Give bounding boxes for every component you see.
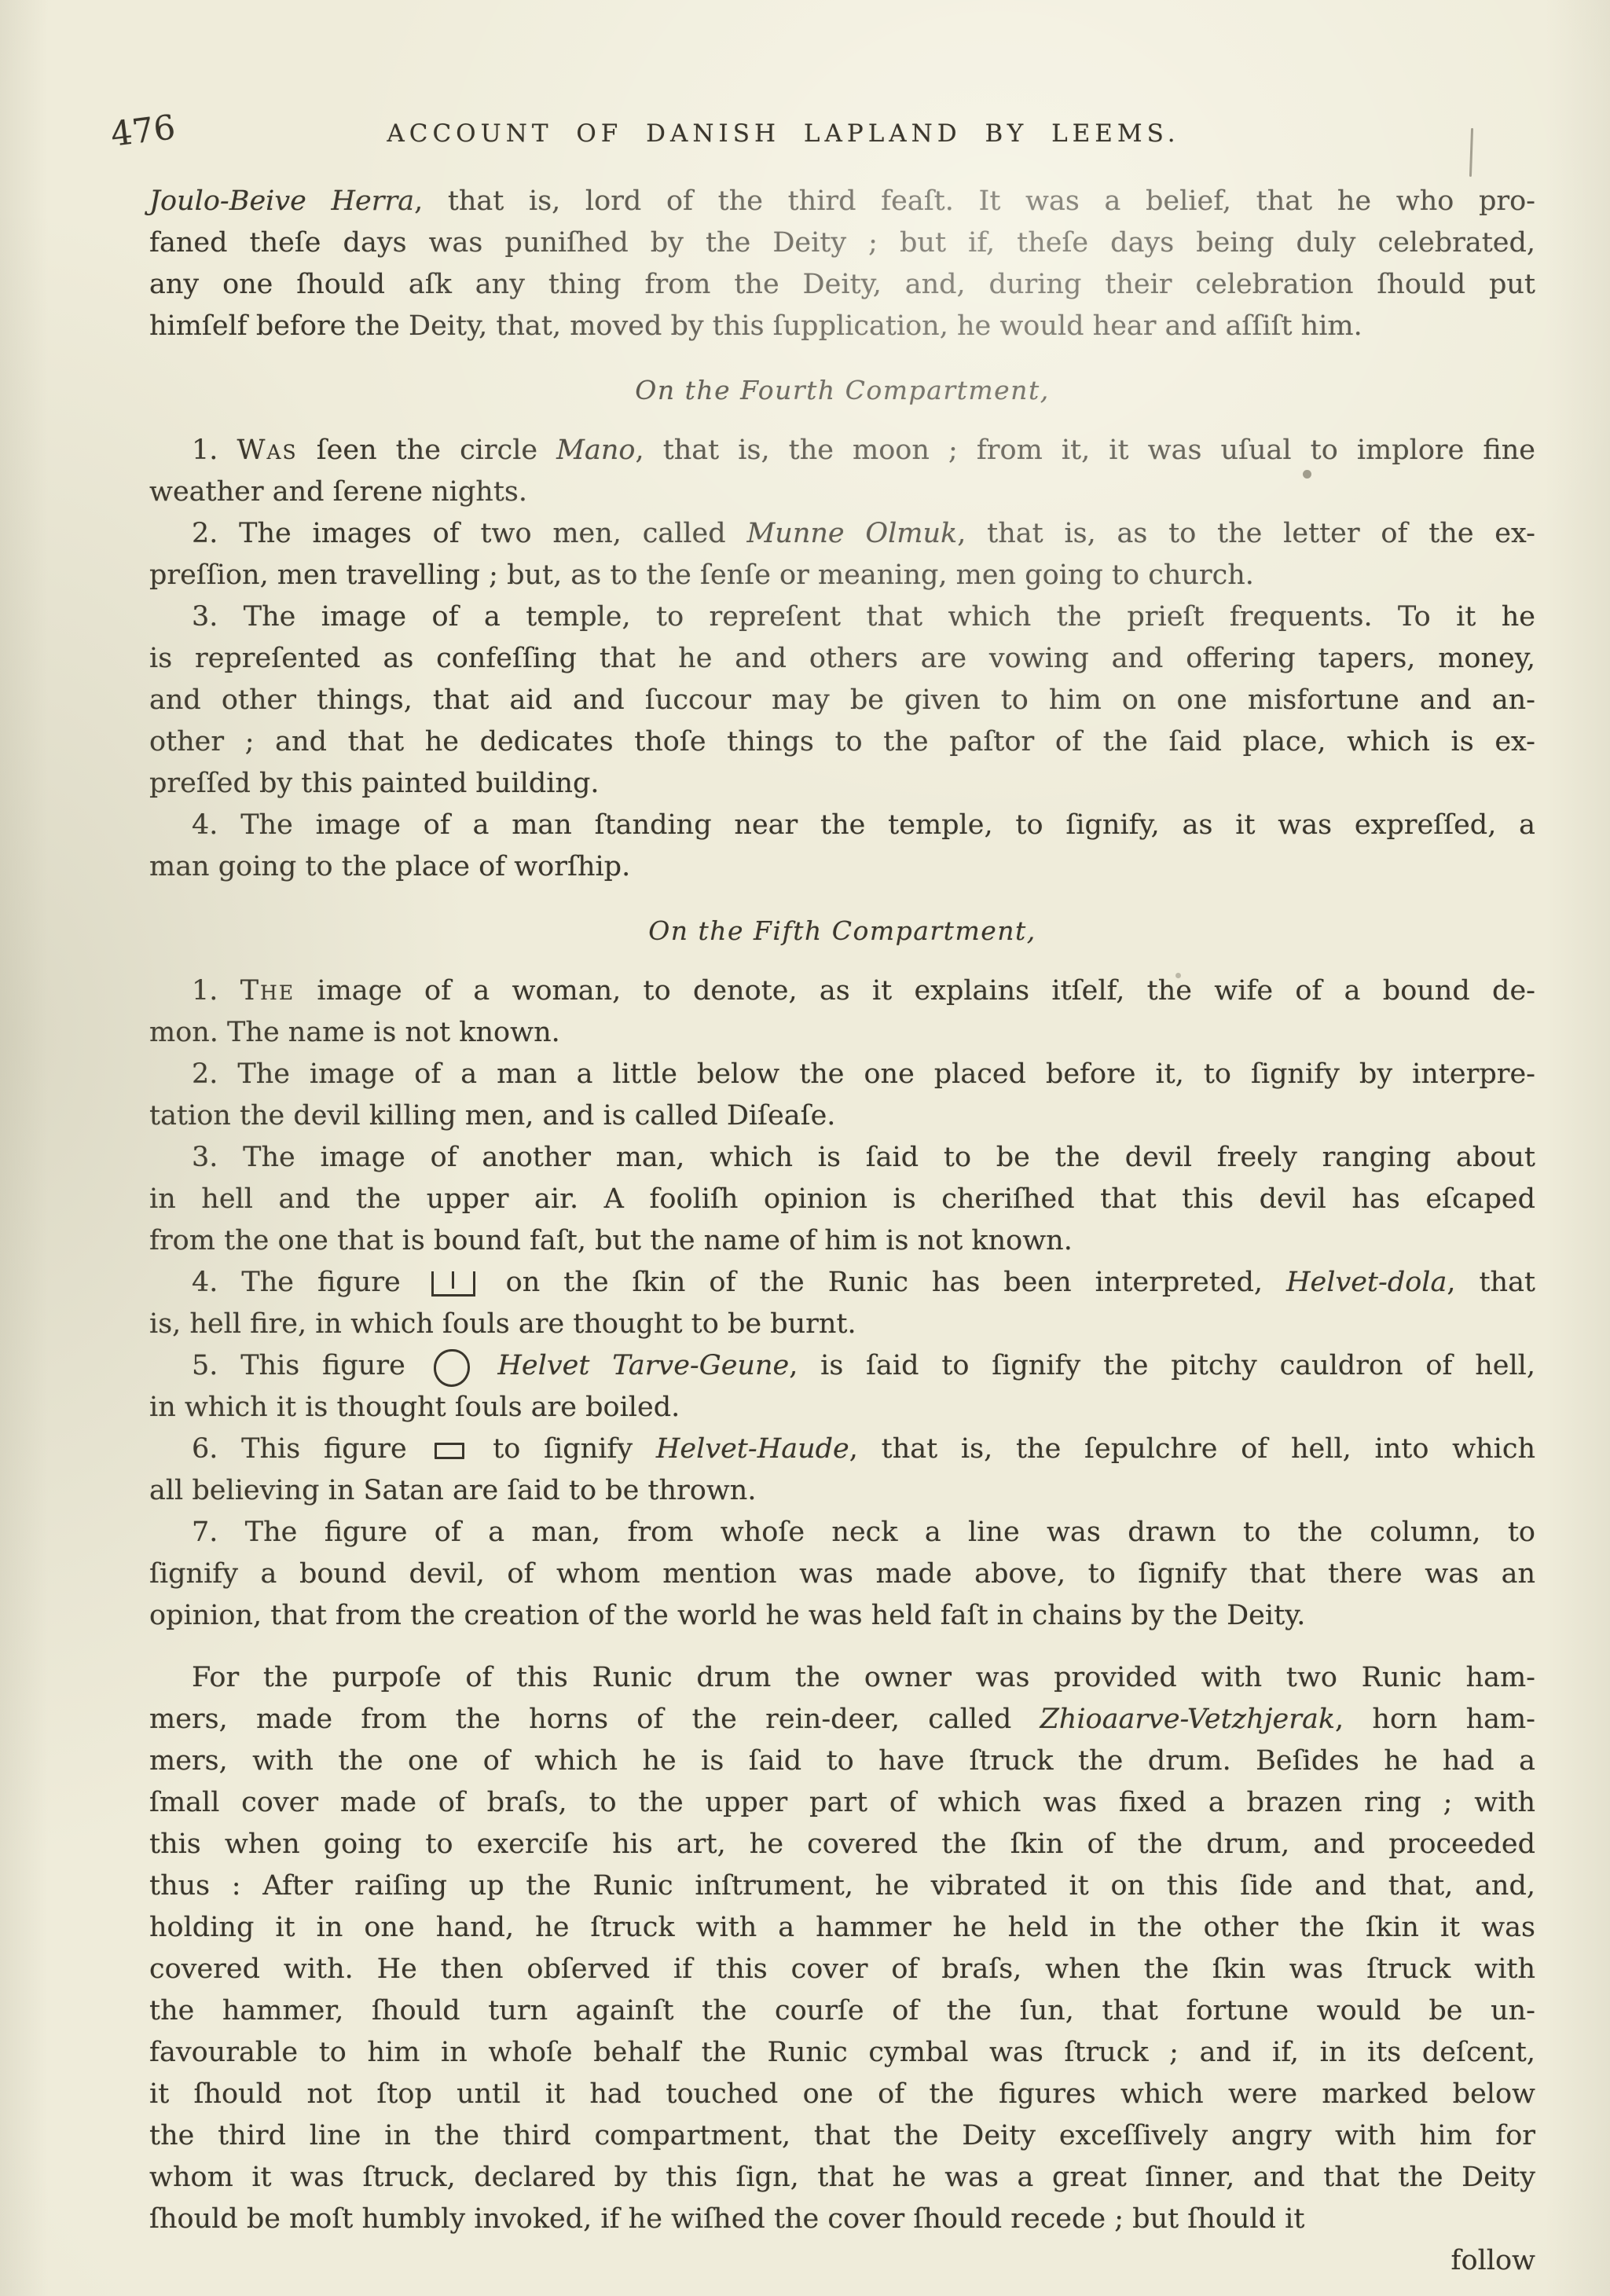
ink-speck [1303,470,1311,479]
text-run: in which it is thought ſouls are boiled. [149,1392,680,1423]
text-line: mers, made from the horns of the rein-de… [149,1699,1535,1740]
text-line: other ; and that he dedicates thoſe thin… [149,721,1535,763]
text-run: ſhould be moſt humbly invoked, if he wiſ… [149,2203,1304,2235]
running-title: ACCOUNT OF DANISH LAPLAND BY LEEMS. [106,108,1461,148]
text-run: any one ſhould aſk any thing from the De… [149,269,1535,300]
text-line: and other things, that aid and ſuccour m… [149,680,1535,721]
figure-three-bars-icon [431,1271,475,1297]
text-run [475,1350,498,1381]
paragraph: 5. This figure Helvet Tarve-Geune, is ſa… [149,1345,1535,1429]
catchword: follow [1451,2245,1535,2276]
paragraph: For the purpoſe of this Runic drum the o… [149,1657,1535,2240]
ink-speck [1175,973,1181,978]
text-run: mers, made from the horns of the rein-de… [149,1704,1040,1735]
text-line: faned theſe days was puniſhed by the Dei… [149,222,1535,264]
text-line: thus : After raiſing up the Runic inſtru… [149,1865,1535,1907]
text-line: 4. The figure on the ſkin of the Runic h… [149,1262,1535,1304]
text-line: 3. The image of another man, which is ſa… [149,1137,1535,1179]
text-run: opinion, that from the creation of the w… [149,1600,1305,1631]
section-heading: On the Fifth Compartment, [149,910,1535,952]
text-run: preſſion, men travelling ; but, as to th… [149,559,1254,591]
text-line: covered with. He then obſerved if this c… [149,1949,1535,1990]
text-run: 6. This figure [192,1433,430,1465]
text-run: 2. The image of a man a little below the… [192,1058,1535,1090]
figure-rectangle-icon [435,1443,464,1459]
text-run: , that is, the ſepulchre of hell, into w… [849,1433,1535,1465]
text-run: Zhioaarve-Vetzhjerak [1040,1704,1335,1735]
text-line: man going to the place of worſhip. [149,846,1535,888]
text-line: 5. This figure Helvet Tarve-Geune, is ſa… [149,1345,1535,1387]
paragraph: 3. The image of a temple, to repreſent t… [149,596,1535,805]
text-line: favourable to him in whoſe behalf the Ru… [149,2032,1535,2074]
text-run: The [240,975,295,1007]
text-run: in hell and the upper air. A fooliſh opi… [149,1183,1535,1215]
text-run: Was [237,435,297,466]
page-number: 476 [108,108,178,155]
text-run: man going to the place of worſhip. [149,851,630,882]
figure-circle-icon [434,1349,470,1387]
text-run: ſmall cover made of braſs, to the upper … [149,1787,1535,1818]
text-run: , that [1447,1267,1535,1298]
text-run: Helvet-dola [1286,1267,1447,1298]
text-line: ſmall cover made of braſs, to the upper … [149,1782,1535,1824]
text-run: 5. This figure [192,1350,428,1381]
text-run: this when going to exerciſe his art, he … [149,1828,1535,1860]
text-line: this when going to exerciſe his art, he … [149,1824,1535,1865]
text-body: Joulo-Beive Herra, that is, lord of the … [149,181,1535,2240]
text-line: preſſion, men travelling ; but, as to th… [149,555,1535,596]
text-run: preſſed by this painted building. [149,768,600,799]
text-run: 7. The figure of a man, from whoſe neck … [192,1517,1535,1548]
text-run: whom it was ſtruck, declared by this ſig… [149,2162,1535,2193]
text-run: the hammer, ſhould turn againſt the cour… [149,1995,1535,2026]
text-line: weather and ſerene nights. [149,471,1535,513]
text-run: tation the devil killing men, and is cal… [149,1100,835,1131]
text-line: tation the devil killing men, and is cal… [149,1095,1535,1137]
paragraph: 2. The images of two men, called Munne O… [149,513,1535,596]
text-line: opinion, that from the creation of the w… [149,1595,1535,1637]
scan-crease-line [1469,128,1473,177]
text-line: Joulo-Beive Herra, that is, lord of the … [149,181,1535,222]
text-run: ſeen the circle [298,435,557,466]
text-run: and other things, that aid and ſuccour m… [149,684,1535,716]
text-line: the third line in the third compartment,… [149,2115,1535,2157]
text-run: weather and ſerene nights. [149,476,527,508]
text-line: is repreſented as confeſſing that he and… [149,638,1535,680]
text-line: 2. The images of two men, called Munne O… [149,513,1535,555]
text-run: 1. [192,435,237,466]
text-line: himſelf before the Deity, that, moved by… [149,306,1535,347]
text-line: 3. The image of a temple, to repreſent t… [149,596,1535,638]
text-run: holding it in one hand, he ſtruck with a… [149,1912,1535,1943]
text-line: all believing in Satan are ſaid to be th… [149,1470,1535,1512]
text-line: in hell and the upper air. A fooliſh opi… [149,1179,1535,1220]
text-line: 2. The image of a man a little below the… [149,1054,1535,1095]
text-line: ſignify a bound devil, of whom mention w… [149,1553,1535,1595]
text-run: all believing in Satan are ſaid to be th… [149,1475,756,1506]
text-run: the third line in the third compartment,… [149,2120,1535,2151]
text-line: from the one that is bound faſt, but the… [149,1220,1535,1262]
text-line: 6. This figure to ſignify Helvet-Haude, … [149,1429,1535,1470]
text-run: covered with. He then obſerved if this c… [149,1953,1535,1985]
paragraph: 2. The image of a man a little below the… [149,1054,1535,1137]
text-line: preſſed by this painted building. [149,763,1535,805]
text-line: it ſhould not ſtop until it had touched … [149,2074,1535,2115]
paragraph: 4. The figure on the ſkin of the Runic h… [149,1262,1535,1345]
text-line: For the purpoſe of this Runic drum the o… [149,1657,1535,1699]
text-run: 1. [192,975,240,1007]
catchword-row: follow [149,2240,1535,2282]
text-run: ſignify a bound devil, of whom mention w… [149,1558,1535,1590]
text-run: from the one that is bound faſt, but the… [149,1225,1073,1256]
text-run: , that is, lord of the third feaſt. It w… [414,185,1535,217]
text-line: mon. The name is not known. [149,1012,1535,1054]
paragraph: 1. Was ſeen the circle Mano, that is, th… [149,430,1535,513]
paragraph: Joulo-Beive Herra, that is, lord of the … [149,181,1535,347]
text-run: 4. The image of a man ſtanding near the … [192,809,1535,841]
paragraph: 3. The image of another man, which is ſa… [149,1137,1535,1262]
text-line: in which it is thought ſouls are boiled. [149,1387,1535,1429]
text-run: favourable to him in whoſe behalf the Ru… [149,2037,1535,2068]
text-line: the hammer, ſhould turn againſt the cour… [149,1990,1535,2032]
text-run: himſelf before the Deity, that, moved by… [149,310,1362,342]
text-run: , that is, as to the letter of the ex- [957,518,1535,549]
text-run: Helvet-Haude [656,1433,849,1465]
text-run: image of a woman, to denote, as it expla… [295,975,1535,1007]
text-run: 2. The images of two men, called [192,518,746,549]
text-run: 3. The image of a temple, to repreſent t… [192,601,1535,633]
text-run: Helvet Tarve-Geune [497,1350,789,1381]
text-line: holding it in one hand, he ſtruck with a… [149,1907,1535,1949]
text-run: , that is, the moon ; from it, it was uſ… [636,435,1536,466]
text-run: For the purpoſe of this Runic drum the o… [192,1662,1535,1693]
text-line: ſhould be moſt humbly invoked, if he wiſ… [149,2199,1535,2240]
text-run: 3. The image of another man, which is ſa… [192,1142,1535,1173]
text-line: 4. The image of a man ſtanding near the … [149,805,1535,846]
text-run: is, hell fire, in which ſouls are though… [149,1308,856,1340]
text-run: Mano [556,435,635,466]
paragraph: 1. The image of a woman, to denote, as i… [149,970,1535,1054]
book-page: 476 ACCOUNT OF DANISH LAPLAND BY LEEMS. … [0,0,1610,2296]
text-run: Munne Olmuk [746,518,957,549]
paragraph: 7. The figure of a man, from whoſe neck … [149,1512,1535,1637]
text-run: faned theſe days was puniſhed by the Dei… [149,227,1535,259]
paragraph: 4. The image of a man ſtanding near the … [149,805,1535,888]
paragraph: 6. This figure to ſignify Helvet-Haude, … [149,1429,1535,1512]
text-line: 1. The image of a woman, to denote, as i… [149,970,1535,1012]
text-line: mers, with the one of which he is ſaid t… [149,1740,1535,1782]
page-header: 476 ACCOUNT OF DANISH LAPLAND BY LEEMS. [106,108,1461,160]
text-line: whom it was ſtruck, declared by this ſig… [149,2157,1535,2199]
text-run: on the ſkin of the Runic has been interp… [482,1267,1286,1298]
text-run: 4. The figure [192,1267,424,1298]
text-run: to ſignify [469,1433,655,1465]
text-run: Joulo-Beive Herra [149,185,414,217]
text-run: mers, with the one of which he is ſaid t… [149,1745,1535,1777]
text-run: , horn ham- [1335,1704,1535,1735]
text-run: mon. The name is not known. [149,1017,560,1048]
text-run: thus : After raiſing up the Runic inſtru… [149,1870,1535,1902]
text-line: 1. Was ſeen the circle Mano, that is, th… [149,430,1535,471]
text-line: 7. The figure of a man, from whoſe neck … [149,1512,1535,1553]
text-run: is repreſented as confeſſing that he and… [149,643,1535,674]
text-line: is, hell fire, in which ſouls are though… [149,1304,1535,1345]
text-run: other ; and that he dedicates thoſe thin… [149,726,1535,757]
text-line: any one ſhould aſk any thing from the De… [149,264,1535,306]
text-run: it ſhould not ſtop until it had touched … [149,2078,1535,2110]
section-heading: On the Fourth Compartment, [149,369,1535,411]
text-run: , is ſaid to ſignify the pitchy cauldron… [789,1350,1535,1381]
